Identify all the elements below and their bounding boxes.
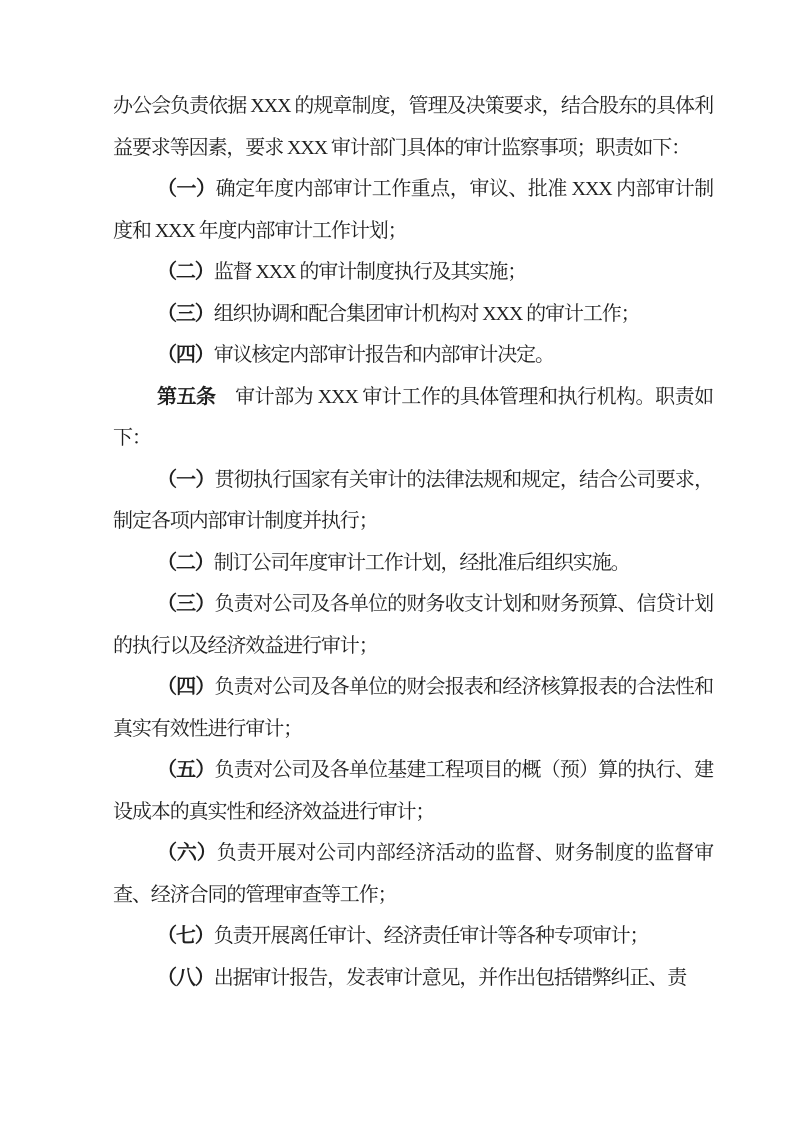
paragraph: （八）出据审计报告，发表审计意见，并作出包括错弊纠正、责 <box>113 958 713 1000</box>
paragraph: 第五条 审计部为 XXX 审计工作的具体管理和执行机构。职责如下： <box>113 377 713 460</box>
paragraph-text: 审议核定内部审计报告和内部审计决定。 <box>214 344 554 366</box>
paragraph-marker: （五） <box>157 759 215 781</box>
paragraph: （二）监督 XXX 的审计制度执行及其实施； <box>113 252 713 294</box>
paragraph-marker: （三） <box>157 303 214 325</box>
paragraph-text: 出据审计报告，发表审计意见，并作出包括错弊纠正、责 <box>214 967 687 989</box>
paragraph-text: 监督 XXX 的审计制度执行及其实施； <box>214 261 526 283</box>
paragraph: （五）负责对公司及各单位基建工程项目的概（预）算的执行、建设成本的真实性和经济效… <box>113 750 713 833</box>
paragraph-marker: （八） <box>157 967 214 989</box>
paragraph-text: 制订公司年度审计工作计划，经批准后组织实施。 <box>214 552 630 574</box>
paragraph-text: 组织协调和配合集团审计机构对 XXX 的审计工作； <box>214 303 640 325</box>
paragraph: 办公会负责依据 XXX 的规章制度，管理及决策要求，结合股东的具体利益要求等因素… <box>113 86 713 169</box>
paragraph-marker: （七） <box>157 925 214 947</box>
paragraph: （七）负责开展离任审计、经济责任审计等各种专项审计； <box>113 916 713 958</box>
paragraph: （三）负责对公司及各单位的财务收支计划和财务预算、信贷计划的执行以及经济效益进行… <box>113 584 713 667</box>
paragraph-marker: （六） <box>157 842 217 864</box>
paragraph: （四）负责对公司及各单位的财会报表和经济核算报表的合法性和真实有效性进行审计； <box>113 667 713 750</box>
paragraph: （四）审议核定内部审计报告和内部审计决定。 <box>113 335 713 377</box>
paragraph-marker: （一） <box>157 469 215 491</box>
document-page: 办公会负责依据 XXX 的规章制度，管理及决策要求，结合股东的具体利益要求等因素… <box>0 0 793 1122</box>
paragraph-marker: （三） <box>157 593 215 615</box>
document-body: 办公会负责依据 XXX 的规章制度，管理及决策要求，结合股东的具体利益要求等因素… <box>113 86 713 999</box>
paragraph: （二）制订公司年度审计工作计划，经批准后组织实施。 <box>113 543 713 585</box>
paragraph-marker: （二） <box>157 552 214 574</box>
paragraph-text: 负责开展离任审计、经济责任审计等各种专项审计； <box>214 925 649 947</box>
paragraph-marker: 第五条 <box>157 386 216 408</box>
paragraph-marker: （一） <box>157 178 216 200</box>
paragraph-marker: （四） <box>157 344 214 366</box>
paragraph: （三）组织协调和配合集团审计机构对 XXX 的审计工作； <box>113 294 713 336</box>
paragraph: （一）确定年度内部审计工作重点，审议、批准 XXX 内部审计制度和 XXX 年度… <box>113 169 713 252</box>
paragraph: （六）负责开展对公司内部经济活动的监督、财务制度的监督审查、经济合同的管理审查等… <box>113 833 713 916</box>
paragraph-marker: （二） <box>157 261 214 283</box>
paragraph-marker: （四） <box>157 676 215 698</box>
paragraph-text: 办公会负责依据 XXX 的规章制度，管理及决策要求，结合股东的具体利益要求等因素… <box>113 95 713 159</box>
paragraph: （一）贯彻执行国家有关审计的法律法规和规定，结合公司要求，制定各项内部审计制度并… <box>113 460 713 543</box>
